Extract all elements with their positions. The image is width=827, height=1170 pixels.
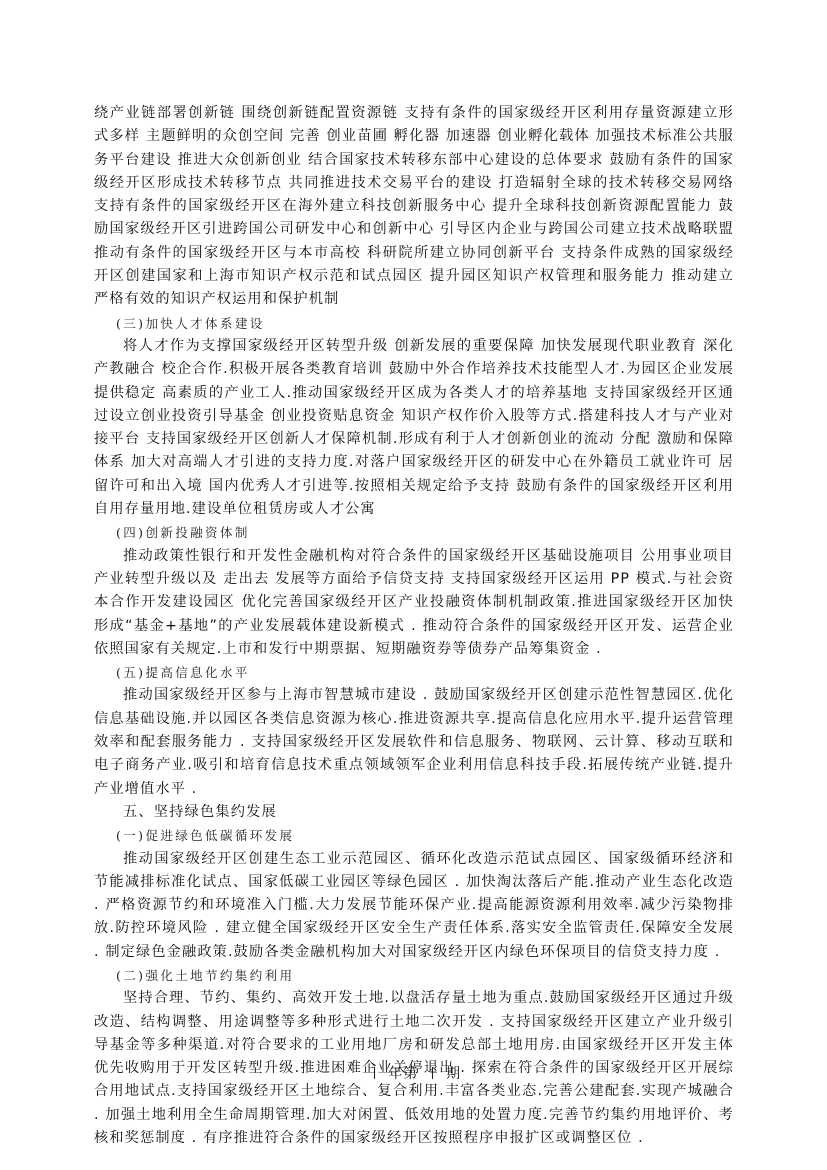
paragraph-informatization: 推动国家级经开区参与上海市智慧城市建设 . 鼓励国家级经开区创建示范性智慧园区.… bbox=[94, 684, 734, 800]
page-footer: 年第 期 bbox=[0, 1063, 827, 1083]
paragraph-innovation-chain: 绕产业链部署创新链 围绕创新链配置资源链 支持有条件的国家级经开区利用存量资源建… bbox=[94, 102, 734, 312]
subheading-informatization: (五)提高信息化水平 bbox=[94, 661, 734, 684]
subheading-talent-system: (三)加快人才体系建设 bbox=[94, 312, 734, 335]
paragraph-investment-financing: 推动政策性银行和开发性金融机构对符合条件的国家级经开区基础设施项目 公用事业项目… bbox=[94, 545, 734, 661]
paragraph-green-low-carbon: 推动国家级经开区创建生态工业示范园区、循环化改造示范试点园区、国家级循环经济和节… bbox=[94, 848, 734, 964]
footer-issue-label: 期 bbox=[446, 1063, 461, 1083]
footer-year-label: 年第 bbox=[388, 1063, 418, 1083]
document-body: 绕产业链部署创新链 围绕创新链配置资源链 支持有条件的国家级经开区利用存量资源建… bbox=[94, 102, 734, 1150]
subheading-land-use: (二)强化土地节约集约利用 bbox=[94, 964, 734, 987]
year-placeholder-bar bbox=[374, 1067, 375, 1079]
paragraph-talent-system: 将人才作为支撑国家级经开区转型升级 创新发展的重要保障 加快发展现代职业教育 深… bbox=[94, 335, 734, 521]
issue-placeholder-bar bbox=[432, 1067, 433, 1079]
section-heading-green-development: 五、坚持绿色集约发展 bbox=[94, 801, 734, 824]
subheading-investment-financing: (四)创新投融资体制 bbox=[94, 521, 734, 544]
subheading-green-low-carbon: (一)促进绿色低碳循环发展 bbox=[94, 824, 734, 847]
